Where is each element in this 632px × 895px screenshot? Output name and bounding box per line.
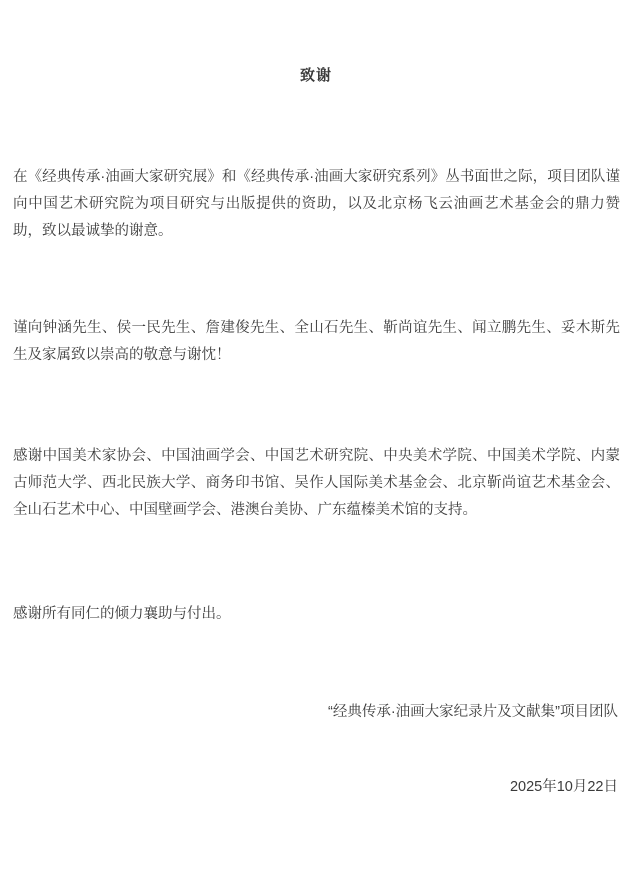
page-title: 致谢 <box>0 66 632 86</box>
acknowledgment-paragraph-funding: 在《经典传承·油画大家研究展》和《经典传承·油画大家研究系列》丛书面世之际，项目… <box>13 164 620 245</box>
date-line: 2025年10月22日 <box>13 774 618 801</box>
acknowledgment-paragraph-institutions: 感谢中国美术家协会、中国油画学会、中国艺术研究院、中央美术学院、中国美术学院、内… <box>13 443 620 524</box>
signature-line: “经典传承·油画大家纪录片及文献集”项目团队 <box>13 699 618 726</box>
acknowledgment-paragraph-artists: 谨向钟涵先生、侯一民先生、詹建俊先生、全山石先生、靳尚谊先生、闻立鹏先生、妥木斯… <box>13 315 620 369</box>
document-page: 致谢 在《经典传承·油画大家研究展》和《经典传承·油画大家研究系列》丛书面世之际… <box>0 0 632 895</box>
acknowledgment-paragraph-colleagues: 感谢所有同仁的倾力襄助与付出。 <box>13 601 620 628</box>
